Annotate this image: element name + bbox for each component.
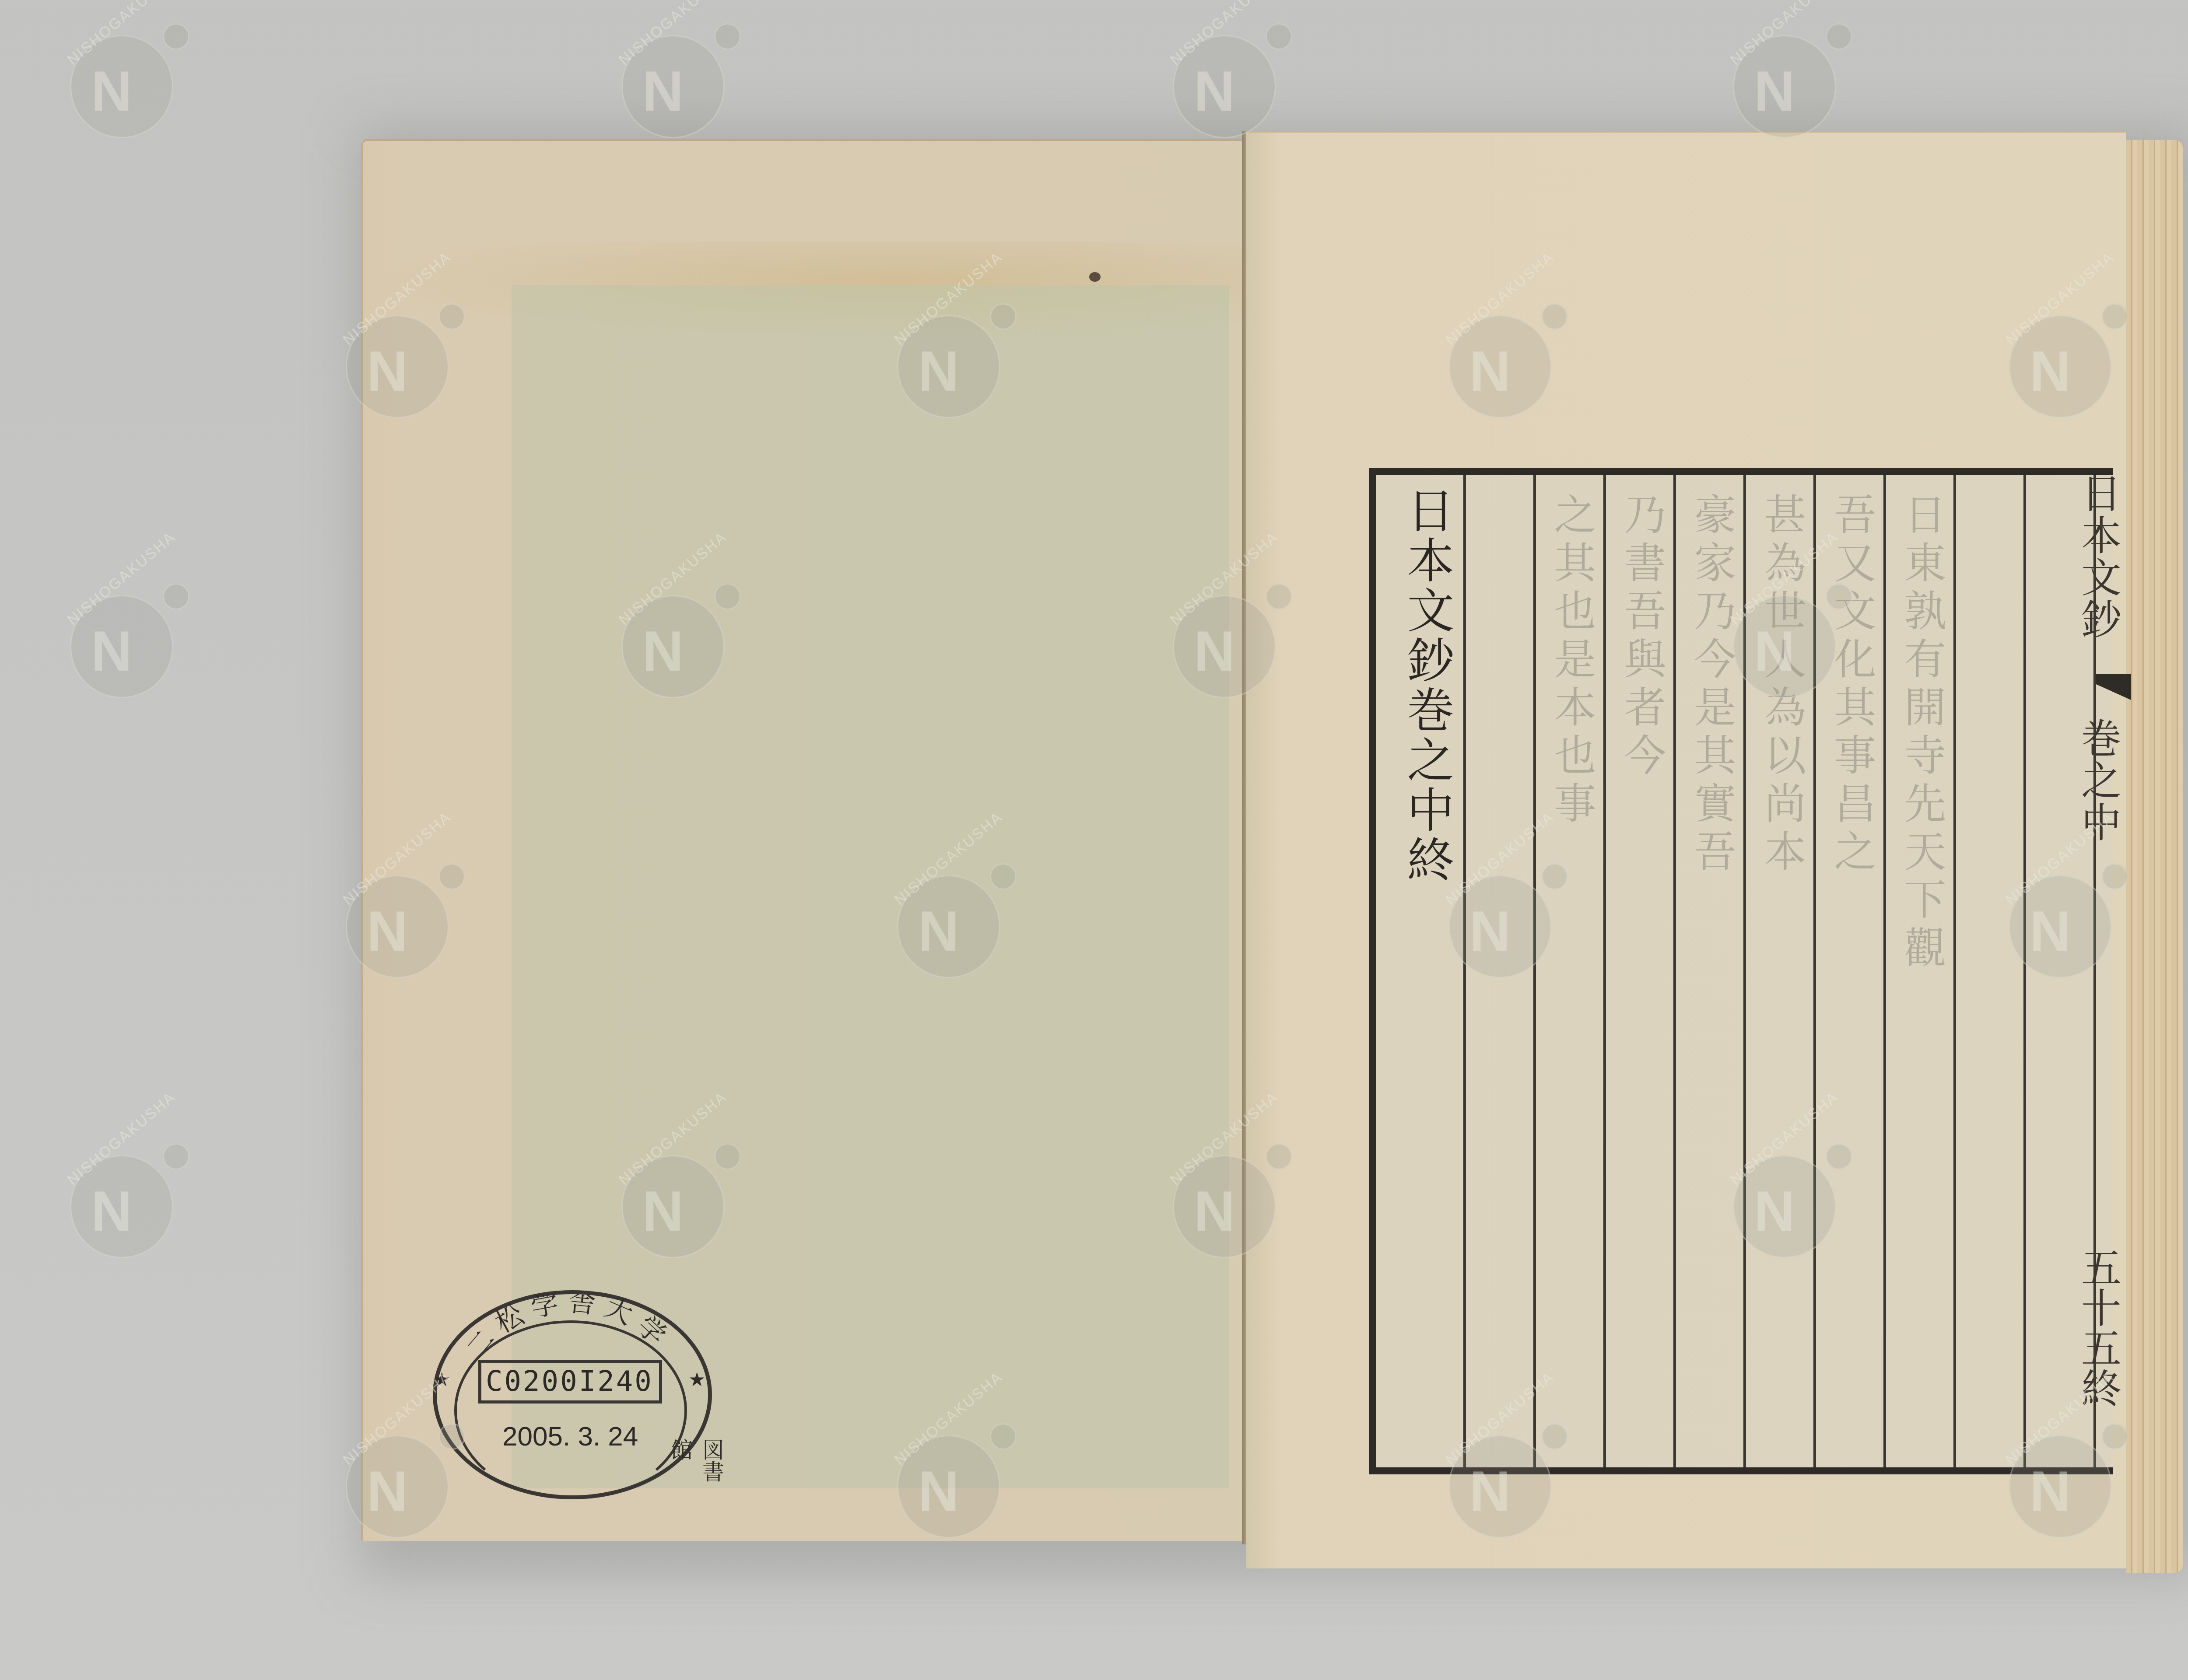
watermark-text: NISHOGAKUSHA bbox=[64, 1088, 179, 1189]
column-rule bbox=[1463, 475, 1466, 1467]
watermark-logo-icon: NISHOGAKUSHAN bbox=[1733, 595, 1836, 698]
column-rule bbox=[1883, 475, 1886, 1467]
watermark-logo-icon: NISHOGAKUSHAN bbox=[621, 595, 725, 698]
stamp-date: 2005. 3. 24 bbox=[502, 1421, 651, 1452]
column-rule bbox=[1603, 475, 1606, 1467]
watermark-glyph: N bbox=[367, 903, 408, 959]
watermark-glyph: N bbox=[642, 1183, 684, 1239]
watermark-logo-icon: NISHOGAKUSHAN bbox=[346, 315, 449, 418]
watermark-glyph: N bbox=[367, 1463, 408, 1519]
watermark-logo-icon: NISHOGAKUSHAN bbox=[1173, 595, 1276, 698]
watermark-glyph: N bbox=[642, 623, 684, 679]
watermark-glyph: N bbox=[918, 343, 959, 399]
watermark-glyph: N bbox=[1194, 63, 1235, 119]
watermark-glyph: N bbox=[918, 1463, 959, 1519]
watermark-logo-icon: NISHOGAKUSHAN bbox=[70, 35, 173, 138]
watermark-text: NISHOGAKUSHA bbox=[616, 0, 731, 69]
watermark-glyph: N bbox=[1469, 343, 1511, 399]
watermark-text: NISHOGAKUSHA bbox=[1167, 0, 1282, 69]
stamp-bottom-text: 図書館 bbox=[664, 1438, 727, 1495]
colophon: 日本文鈔巻之中終 bbox=[1400, 486, 1452, 885]
watermark-glyph: N bbox=[91, 1183, 132, 1239]
watermark-glyph: N bbox=[1469, 1463, 1511, 1519]
watermark-logo-icon: NISHOGAKUSHAN bbox=[1448, 1435, 1552, 1538]
watermark-glyph: N bbox=[367, 343, 408, 399]
watermark-logo-icon: NISHOGAKUSHAN bbox=[621, 35, 725, 138]
watermark-glyph: N bbox=[91, 63, 132, 119]
accession-number: C0200I240 bbox=[478, 1360, 662, 1403]
watermark-logo-icon: NISHOGAKUSHAN bbox=[1733, 1155, 1836, 1258]
show-through-column: 豪家乃今是其實吾 bbox=[1682, 493, 1742, 878]
watermark-text: NISHOGAKUSHA bbox=[1727, 0, 1842, 69]
margin-title: 日本文鈔 bbox=[2100, 472, 2127, 640]
watermark-logo-icon: NISHOGAKUSHAN bbox=[2009, 875, 2112, 978]
watermark-glyph: N bbox=[642, 63, 684, 119]
watermark-text: NISHOGAKUSHA bbox=[64, 528, 179, 629]
watermark-glyph: N bbox=[1754, 623, 1795, 679]
library-stamp: 二松学舎大学 C0200I240 2005. 3. 24 ★ ★ 図書館 bbox=[433, 1290, 712, 1499]
watermark-glyph: N bbox=[2030, 1463, 2071, 1519]
stamp-inner-ring bbox=[454, 1320, 687, 1501]
watermark-glyph: N bbox=[918, 903, 959, 959]
show-through-column: 之其也是本也事 bbox=[1542, 493, 1602, 829]
watermark-logo-icon: NISHOGAKUSHAN bbox=[897, 875, 1000, 978]
watermark-logo-icon: NISHOGAKUSHAN bbox=[70, 595, 173, 698]
column-rule bbox=[2023, 475, 2026, 1467]
watermark-text: NISHOGAKUSHA bbox=[64, 0, 179, 69]
watermark-glyph: N bbox=[2030, 343, 2071, 399]
ink-spot bbox=[1089, 272, 1101, 282]
watermark-glyph: N bbox=[1194, 623, 1235, 679]
watermark-logo-icon: NISHOGAKUSHAN bbox=[1733, 35, 1836, 138]
watermark-logo-icon: NISHOGAKUSHAN bbox=[346, 875, 449, 978]
watermark-logo-icon: NISHOGAKUSHAN bbox=[1448, 315, 1552, 418]
watermark-logo-icon: NISHOGAKUSHAN bbox=[2009, 1435, 2112, 1538]
watermark-glyph: N bbox=[1754, 1183, 1795, 1239]
watermark-logo-icon: NISHOGAKUSHAN bbox=[70, 1155, 173, 1258]
column-rule bbox=[1673, 475, 1676, 1467]
watermark-glyph: N bbox=[1754, 63, 1795, 119]
watermark-logo-icon: NISHOGAKUSHAN bbox=[346, 1435, 449, 1538]
column-rule bbox=[1953, 475, 1956, 1467]
star-icon: ★ bbox=[688, 1368, 705, 1391]
column-rule bbox=[1533, 475, 1536, 1467]
watermark-glyph: N bbox=[1469, 903, 1511, 959]
watermark-logo-icon: NISHOGAKUSHAN bbox=[1448, 875, 1552, 978]
left-page: 二松学舎大学 C0200I240 2005. 3. 24 ★ ★ 図書館 bbox=[361, 139, 1243, 1541]
watermark-glyph: N bbox=[2030, 903, 2071, 959]
show-through-column: 乃書吾與者今 bbox=[1612, 493, 1672, 781]
watermark-logo-icon: NISHOGAKUSHAN bbox=[621, 1155, 725, 1258]
watermark-logo-icon: NISHOGAKUSHAN bbox=[1173, 35, 1276, 138]
show-through-column: 日東孰有開寺先天下觀 bbox=[1892, 493, 1952, 974]
watermark-logo-icon: NISHOGAKUSHAN bbox=[1173, 1155, 1276, 1258]
watermark-logo-icon: NISHOGAKUSHAN bbox=[897, 315, 1000, 418]
page-edge-stack bbox=[2126, 140, 2183, 1573]
watermark-logo-icon: NISHOGAKUSHAN bbox=[897, 1435, 1000, 1538]
watermark-logo-icon: NISHOGAKUSHAN bbox=[2009, 315, 2112, 418]
watermark-glyph: N bbox=[91, 623, 132, 679]
watermark-glyph: N bbox=[1194, 1183, 1235, 1239]
